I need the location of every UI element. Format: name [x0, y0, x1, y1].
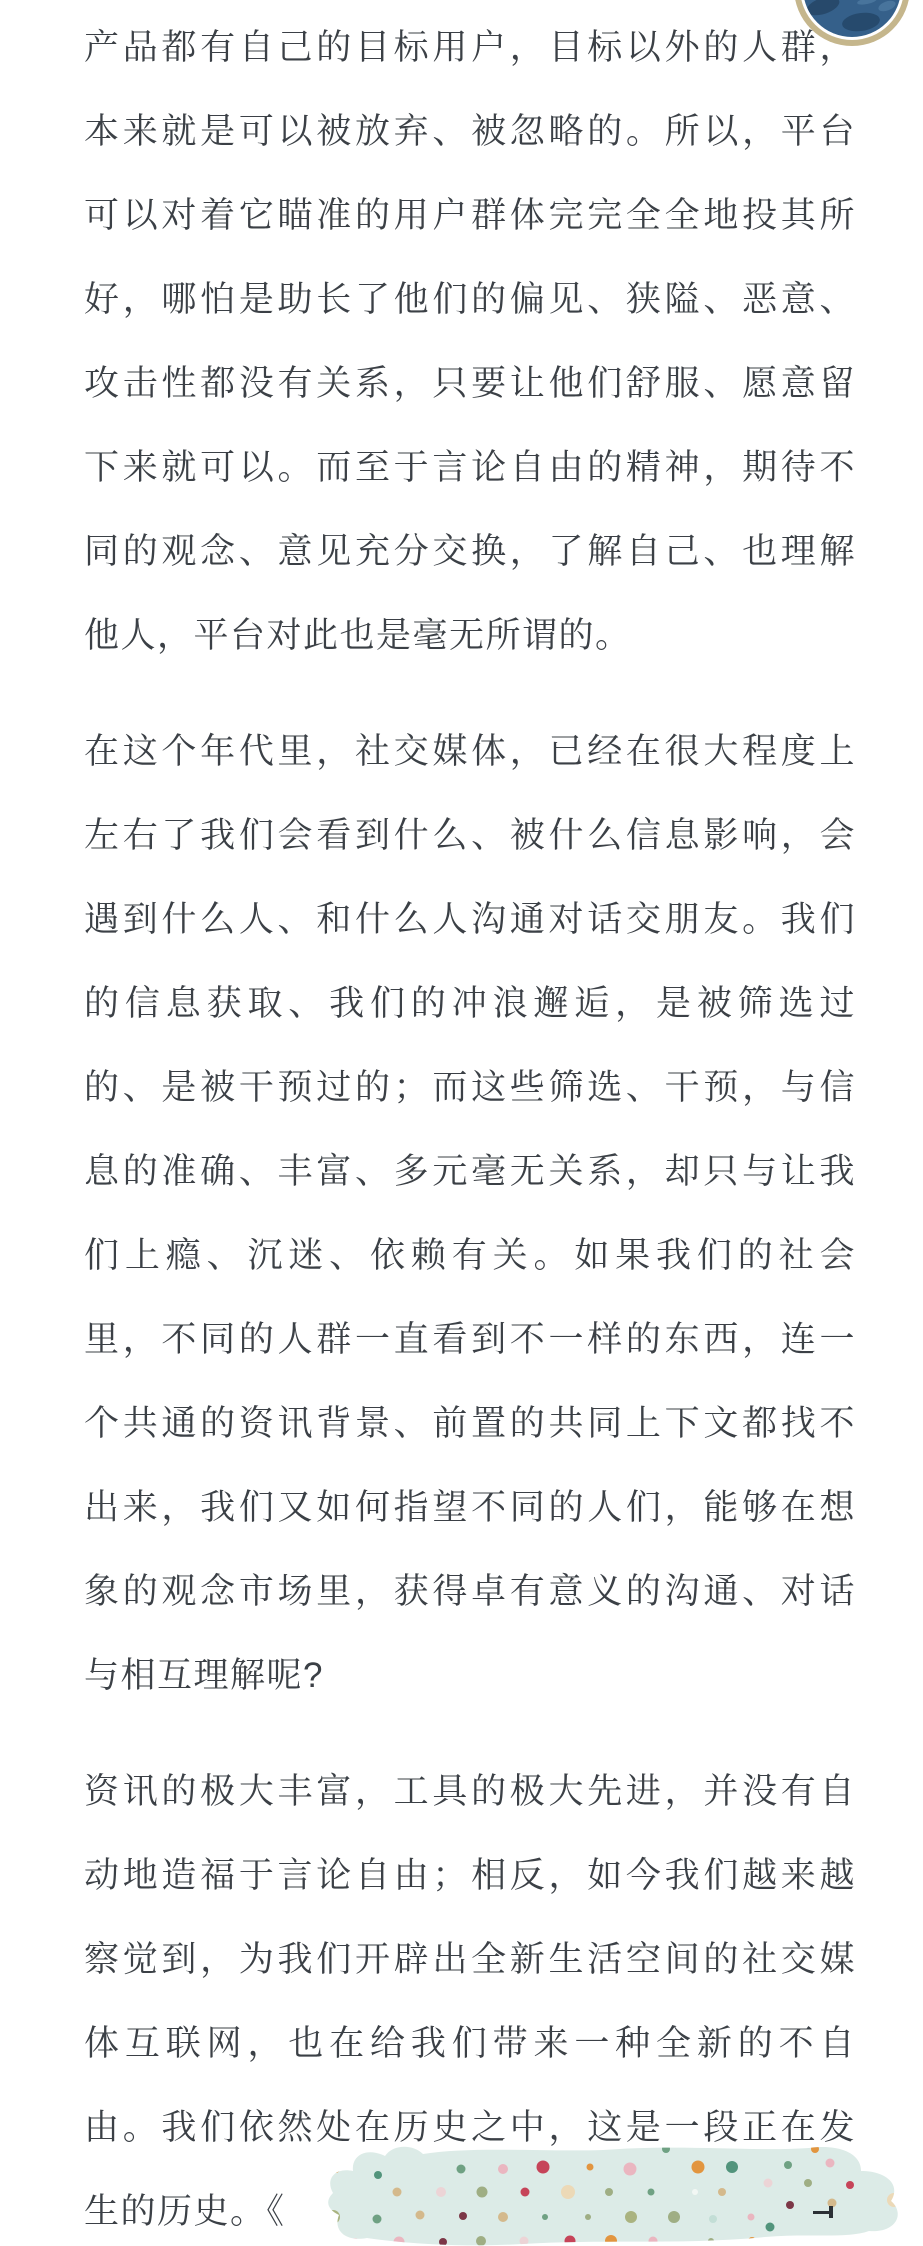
sticker-dot [766, 2223, 775, 2232]
sticker-dot [748, 2214, 755, 2221]
sticker-dot [521, 2188, 530, 2197]
sticker-dot [786, 2201, 794, 2209]
text-line: 动地造福于言论自由；相反，如今我们越来越 [84, 1834, 856, 1918]
sticker-dot [649, 2237, 658, 2246]
sticker-dot [662, 2145, 670, 2153]
text-line: 个共通的资讯背景、前置的共同上下文都找不 [84, 1382, 856, 1466]
sticker-dot [565, 2236, 576, 2246]
sticker-dot [542, 2214, 548, 2220]
sticker-dot [393, 2188, 402, 2197]
text-line: 好，哪怕是助长了他们的偏见、狭隘、恶意、 [84, 258, 856, 342]
sticker-dot [373, 2215, 382, 2224]
sticker-dot [846, 2181, 854, 2189]
sticker-dot [416, 2211, 425, 2220]
sticker-dot [326, 2210, 340, 2224]
text-line: 的信息获取、我们的冲浪邂逅，是被筛选过 [84, 962, 856, 1046]
text-line: 下来就可以。而至于言论自由的精神，期待不 [84, 426, 856, 510]
sticker-dot [561, 2185, 575, 2199]
sticker-dot [748, 2237, 756, 2245]
sticker-dot [348, 2146, 356, 2154]
sticker-dot [587, 2164, 594, 2171]
sticker-dot [811, 2145, 819, 2153]
text-line: 的、是被干预过的；而这些筛选、干预，与信 [84, 1046, 856, 1130]
sticker-dot [436, 2187, 446, 2197]
sticker-dot [459, 2212, 467, 2220]
polka-dot-sticker [303, 2143, 905, 2246]
sticker-dot [726, 2161, 738, 2173]
text-line: 象的观念市场里，获得卓有意义的沟通、对话 [84, 1550, 856, 1634]
text-line: 左右了我们会看到什么、被什么信息影响，会 [84, 794, 856, 878]
text-line: 他人，平台对此也是毫无所谓的。 [84, 594, 856, 678]
text-line: 在这个年代里，社交媒体，已经在很大程度上 [84, 710, 856, 794]
sticker-dot [648, 2189, 655, 2196]
sticker-dot [764, 2179, 773, 2188]
sticker-dot [318, 2184, 328, 2194]
text-line: 攻击性都没有关系，只要让他们舒服、愿意留 [84, 342, 856, 426]
text-line: 里，不同的人群一直看到不一样的东西，连一 [84, 1298, 856, 1382]
text-line: 本来就是可以被放弃、被忽略的。所以，平台 [84, 90, 856, 174]
sticker-dot [605, 2188, 613, 2196]
sticker-dot [498, 2164, 508, 2174]
text-line: 同的观念、意见充分交换，了解自己、也理解 [84, 510, 856, 594]
sticker-dot [625, 2211, 637, 2223]
sticker-dot [804, 2179, 812, 2187]
sticker-dot [476, 2236, 486, 2246]
sticker-dot [826, 2159, 835, 2168]
text-line: 们上瘾、沉迷、依赖有关。如果我们的社会 [84, 1214, 856, 1298]
sticker-dot [585, 2214, 591, 2220]
sticker-dot [439, 2238, 447, 2246]
sticker-dot [329, 2161, 341, 2173]
sticker-dot [374, 2171, 382, 2179]
sticker-dot [624, 2163, 637, 2176]
sticker-blob [328, 2147, 898, 2246]
sticker-dot [708, 2238, 714, 2244]
text-line: 可以对着它瞄准的用户群体完完全全地投其所 [84, 174, 856, 258]
article-page: 产品都有自己的目标用户，目标以外的人群，本来就是可以被放弃、被忽略的。所以，平台… [0, 0, 923, 2246]
sticker-dot [692, 2161, 705, 2174]
sticker-dot [874, 2165, 882, 2173]
text-line: 资讯的极大丰富，工具的极大先进，并没有自 [84, 1750, 856, 1834]
sticker-dot [312, 2233, 326, 2246]
text-line: 遇到什么人、和什么人沟通对话交朋友。我们 [84, 878, 856, 962]
article-paragraph: 产品都有自己的目标用户，目标以外的人群，本来就是可以被放弃、被忽略的。所以，平台… [84, 6, 856, 678]
sticker-dot [718, 2188, 726, 2196]
article-paragraph: 在这个年代里，社交媒体，已经在很大程度上左右了我们会看到什么、被什么信息影响，会… [84, 710, 856, 1718]
sticker-dot [520, 2237, 529, 2246]
text-line: 出来，我们又如何指望不同的人们，能够在想 [84, 1466, 856, 1550]
article-content: 产品都有自己的目标用户，目标以外的人群，本来就是可以被放弃、被忽略的。所以，平台… [84, 6, 856, 2246]
sticker-dot [457, 2165, 466, 2174]
text-line: 察觉到，为我们开辟出全新生活空间的社交媒 [84, 1918, 856, 2002]
sticker-dot [709, 2215, 717, 2223]
sticker-dot [668, 2211, 680, 2223]
sticker-dot [498, 2212, 508, 2222]
sticker-dot [887, 2193, 901, 2207]
sticker-dot [784, 2161, 792, 2169]
text-line: 与相互理解呢? [84, 1634, 856, 1718]
sticker-dot [477, 2187, 488, 2198]
text-line: 产品都有自己的目标用户，目标以外的人群， [84, 6, 856, 90]
sticker-dot [692, 2189, 698, 2195]
sticker-dot [351, 2238, 359, 2246]
text-line: 体互联网，也在给我们带来一种全新的不自 [84, 2002, 856, 2086]
covered-character-mark [829, 2206, 833, 2218]
text-line: 息的准确、丰富、多元毫无关系，却只与让我 [84, 1130, 856, 1214]
sticker-dot [537, 2161, 550, 2174]
